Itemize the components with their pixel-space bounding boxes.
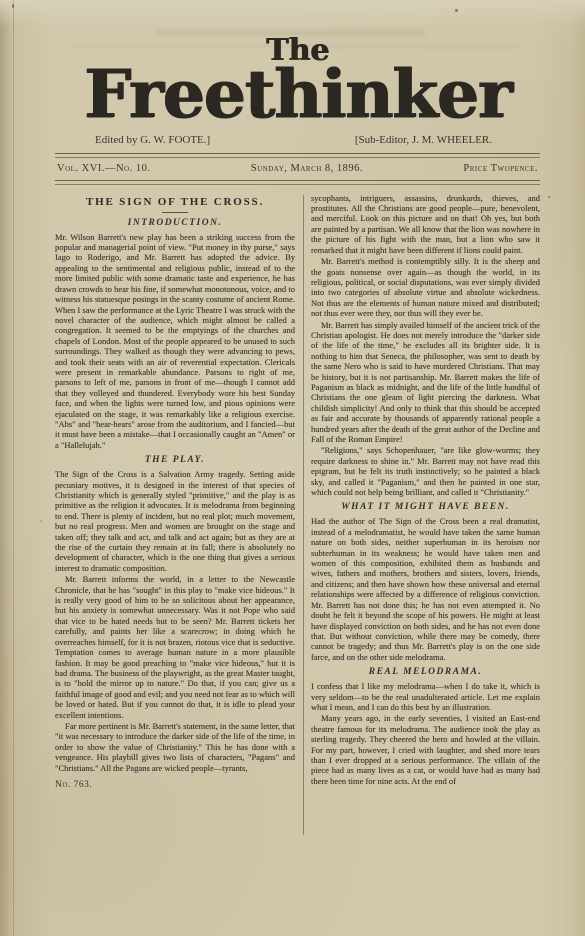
paragraph-religions: "Religions," says Schopenhauer, "are lik…	[311, 445, 540, 497]
column-rule	[303, 195, 304, 835]
section-heading-the-play: THE PLAY.	[55, 455, 295, 465]
sub-editor-credit: [Sub-Editor, J. M. WHEELER.	[355, 134, 492, 146]
title-rule	[162, 212, 188, 213]
issue-date: Sunday, March 8, 1896.	[251, 163, 363, 174]
issue-number: No. 763.	[55, 780, 295, 790]
masthead-title: Freethinker	[55, 62, 540, 127]
section-heading-real-melodrama: REAL MELODRAMA.	[311, 667, 540, 677]
newspaper-page-scan: The Freethinker Edited by G. W. FOOTE.] …	[0, 0, 585, 936]
dateline: Vol. XVI.—No. 10. Sunday, March 8, 1896.…	[55, 158, 540, 178]
paragraph-melodrama-2: Many years ago, in the early seventies, …	[311, 713, 540, 786]
paragraph-introduction: Mr. Wilson Barrett's new play has been a…	[55, 232, 295, 451]
left-column: THE SIGN OF THE CROSS. INTRODUCTION. Mr.…	[55, 193, 295, 881]
paragraph-play-1: The Sign of the Cross is a Salvation Arm…	[55, 469, 295, 573]
paragraph-might-have-been: Had the author of The Sign of the Cross …	[311, 516, 540, 662]
section-heading-what-it-might-have-been: WHAT IT MIGHT HAVE BEEN.	[311, 502, 540, 512]
paragraph-play-2: Mr. Barrett informs the world, in a lett…	[55, 574, 295, 720]
paragraph-melodrama-1: I confess that I like my melodrama—when …	[311, 681, 540, 712]
masthead: The Freethinker	[55, 0, 540, 127]
section-heading-introduction: INTRODUCTION.	[55, 218, 295, 228]
article-columns: THE SIGN OF THE CROSS. INTRODUCTION. Mr.…	[55, 193, 540, 881]
editor-credit: Edited by G. W. FOOTE.]	[95, 134, 210, 146]
paragraph-method: Mr. Barrett's method is contemptibly sil…	[311, 256, 540, 318]
page-content: The Freethinker Edited by G. W. FOOTE.] …	[0, 0, 585, 881]
double-rule-bottom	[55, 180, 540, 185]
paragraph-trick: Mr. Barrett has simply availed himself o…	[311, 320, 540, 445]
volume-number: Vol. XVI.—No. 10.	[57, 163, 150, 174]
paragraph-continuation: sycophants, intriguers, assassins, drunk…	[311, 193, 540, 255]
price: Price Twopence.	[463, 163, 538, 174]
article-title: THE SIGN OF THE CROSS.	[55, 196, 295, 208]
right-column: sycophants, intriguers, assassins, drunk…	[311, 193, 540, 881]
paragraph-play-3: Far more pertinent is Mr. Barrett's stat…	[55, 721, 295, 773]
